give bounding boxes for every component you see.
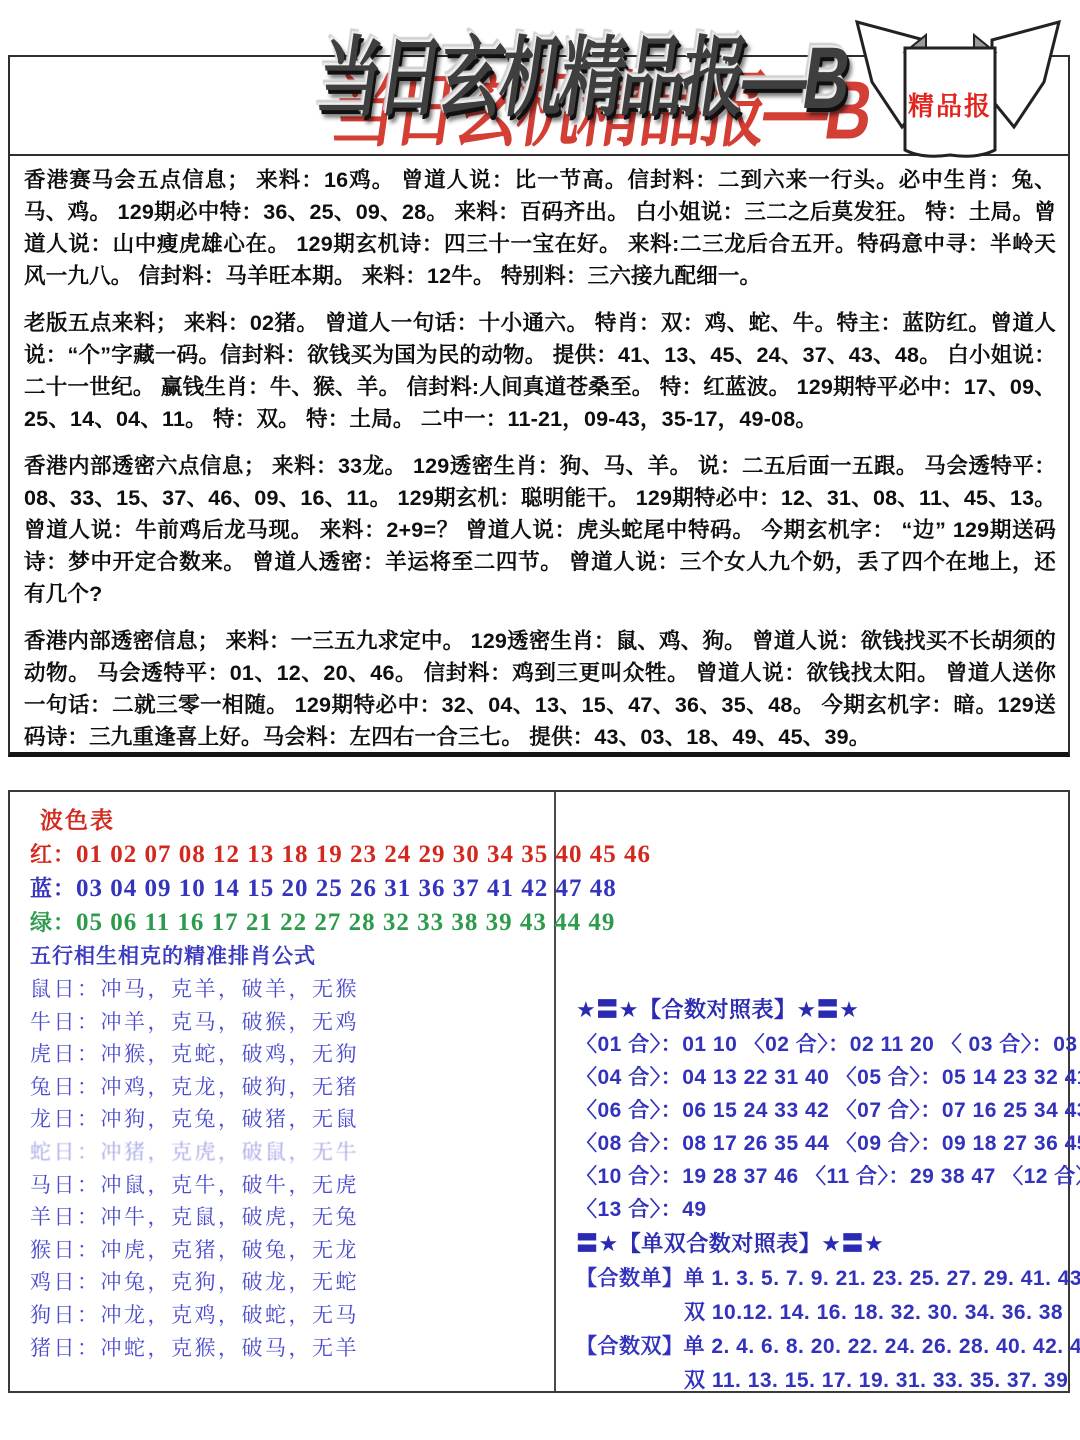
sum-table-row-2: 〈04 合〉：04 13 22 31 40 〈05 合〉：05 14 23 32… (576, 1061, 1080, 1094)
zodiac-row-snake: 蛇日：冲猪，克虎，破鼠，无牛 (30, 1137, 548, 1170)
zodiac-row-goat: 羊日：冲牛，克鼠，破虎，无兔 (30, 1202, 548, 1235)
wave-row-green-label: 绿： (30, 910, 76, 935)
sum-table-row-5: 〈10 合〉：19 28 37 46 〈11 合〉：29 38 47 〈12 合… (576, 1160, 1080, 1193)
report-text-zone: 香港赛马会五点信息； 来料：16鸡。 曾道人说：比一节高。信封料：二到六来一行头… (10, 156, 1068, 753)
left-column: 波色表 红：01 02 07 08 12 13 18 19 23 24 29 3… (10, 792, 556, 1391)
masthead-title: 当日玄机精品报—B 当日玄机精品报—B (328, 0, 888, 155)
sum-table-row-1: 〈01 合〉：01 10 〈02 合〉：02 11 20 〈 03 合〉：03 … (576, 1028, 1080, 1061)
zodiac-row-monkey: 猴日：冲虎，克猪，破兔，无龙 (30, 1235, 548, 1268)
report-paragraph-4: 香港内部透密信息； 来料：一三五九求定中。 129透密生肖：鼠、鸡、狗。 曾道人… (24, 625, 1056, 753)
sum-table-title: ★〓★【合数对照表】★〓★ (576, 992, 1080, 1028)
wave-row-red: 红：01 02 07 08 12 13 18 19 23 24 29 30 34… (30, 838, 548, 872)
report-paragraph-2: 老版五点来料； 来料：02猪。 曾道人一句话：十小通六。 特肖：双：鸡、蛇、牛。… (24, 307, 1056, 435)
odd-even-row-3: 【合数双】单 2. 4. 6. 8. 20. 22. 24. 26. 28. 4… (576, 1330, 1080, 1364)
sum-table-row-6: 〈13 合〉：49 (576, 1193, 1080, 1226)
wave-color-table-title: 波色表 (40, 802, 548, 838)
zodiac-row-rooster: 鸡日：冲兔，克狗，破龙，无蛇 (30, 1267, 548, 1300)
ribbon-label: 精品报 (908, 91, 992, 121)
odd-even-table-title: 〓★【单双合数对照表】★〓★ (576, 1226, 1080, 1262)
zodiac-formula-title: 五行相生相克的精准排肖公式 (30, 940, 548, 974)
ribbon-shape (857, 22, 1059, 156)
zodiac-row-rat: 鼠日：冲马，克羊，破羊，无猴 (30, 974, 548, 1007)
zodiac-row-rabbit: 兔日：冲鸡，克龙，破狗，无猪 (30, 1072, 548, 1105)
sum-table-row-3: 〈06 合〉：06 15 24 33 42 〈07 合〉：07 16 25 34… (576, 1094, 1080, 1127)
wave-row-blue: 蓝：03 04 09 10 14 15 20 25 26 31 36 37 41… (30, 872, 548, 906)
right-column: ★〓★【合数对照表】★〓★ 〈01 合〉：01 10 〈02 合〉：02 11 … (556, 792, 1080, 1391)
zodiac-row-horse: 马日：冲鼠，克牛，破牛，无虎 (30, 1170, 548, 1203)
zodiac-row-tiger: 虎日：冲猴，克蛇，破鸡，无狗 (30, 1039, 548, 1072)
wave-row-blue-label: 蓝： (30, 876, 76, 901)
zodiac-row-pig: 猪日：冲蛇，克猴，破马，无羊 (30, 1333, 548, 1366)
report-paragraph-1: 香港赛马会五点信息； 来料：16鸡。 曾道人说：比一节高。信封料：二到六来一行头… (24, 164, 1056, 292)
newspaper-page: 当日玄机精品报—B 当日玄机精品报—B 精品报 香港赛马会五点信息； 来料：16… (0, 0, 1080, 1440)
sum-table-row-4: 〈08 合〉：08 17 26 35 44 〈09 合〉：09 18 27 36… (576, 1127, 1080, 1160)
reference-tables-box: 波色表 红：01 02 07 08 12 13 18 19 23 24 29 3… (8, 790, 1070, 1393)
wave-row-green-numbers: 05 06 11 16 17 21 22 27 28 32 33 38 39 4… (76, 909, 615, 936)
report-paragraph-3: 香港内部透密六点信息； 来料：33龙。 129透密生肖：狗、马、羊。 说：二五后… (24, 450, 1056, 610)
ribbon-banner: 精品报 (838, 0, 1080, 180)
odd-even-row-2: 双 10.12. 14. 16. 18. 32. 30. 34. 36. 38 (576, 1296, 1080, 1330)
odd-even-row-1: 【合数单】单 1. 3. 5. 7. 9. 21. 23. 25. 27. 29… (576, 1262, 1080, 1296)
wave-row-blue-numbers: 03 04 09 10 14 15 20 25 26 31 36 37 41 4… (76, 875, 617, 902)
odd-even-row-4: 双 11. 13. 15. 17. 19. 31. 33. 35. 37. 39 (576, 1364, 1080, 1398)
zodiac-row-ox: 牛日：冲羊，克马，破猴，无鸡 (30, 1007, 548, 1040)
masthead-title-metal-layer: 当日玄机精品报—B (310, 8, 856, 134)
zodiac-row-dragon: 龙日：冲狗，克兔，破猪，无鼠 (30, 1104, 548, 1137)
wave-row-green: 绿：05 06 11 16 17 21 22 27 28 32 33 38 39… (30, 906, 548, 940)
zodiac-row-dog: 狗日：冲龙，克鸡，破蛇，无马 (30, 1300, 548, 1333)
wave-row-red-label: 红： (30, 842, 76, 867)
